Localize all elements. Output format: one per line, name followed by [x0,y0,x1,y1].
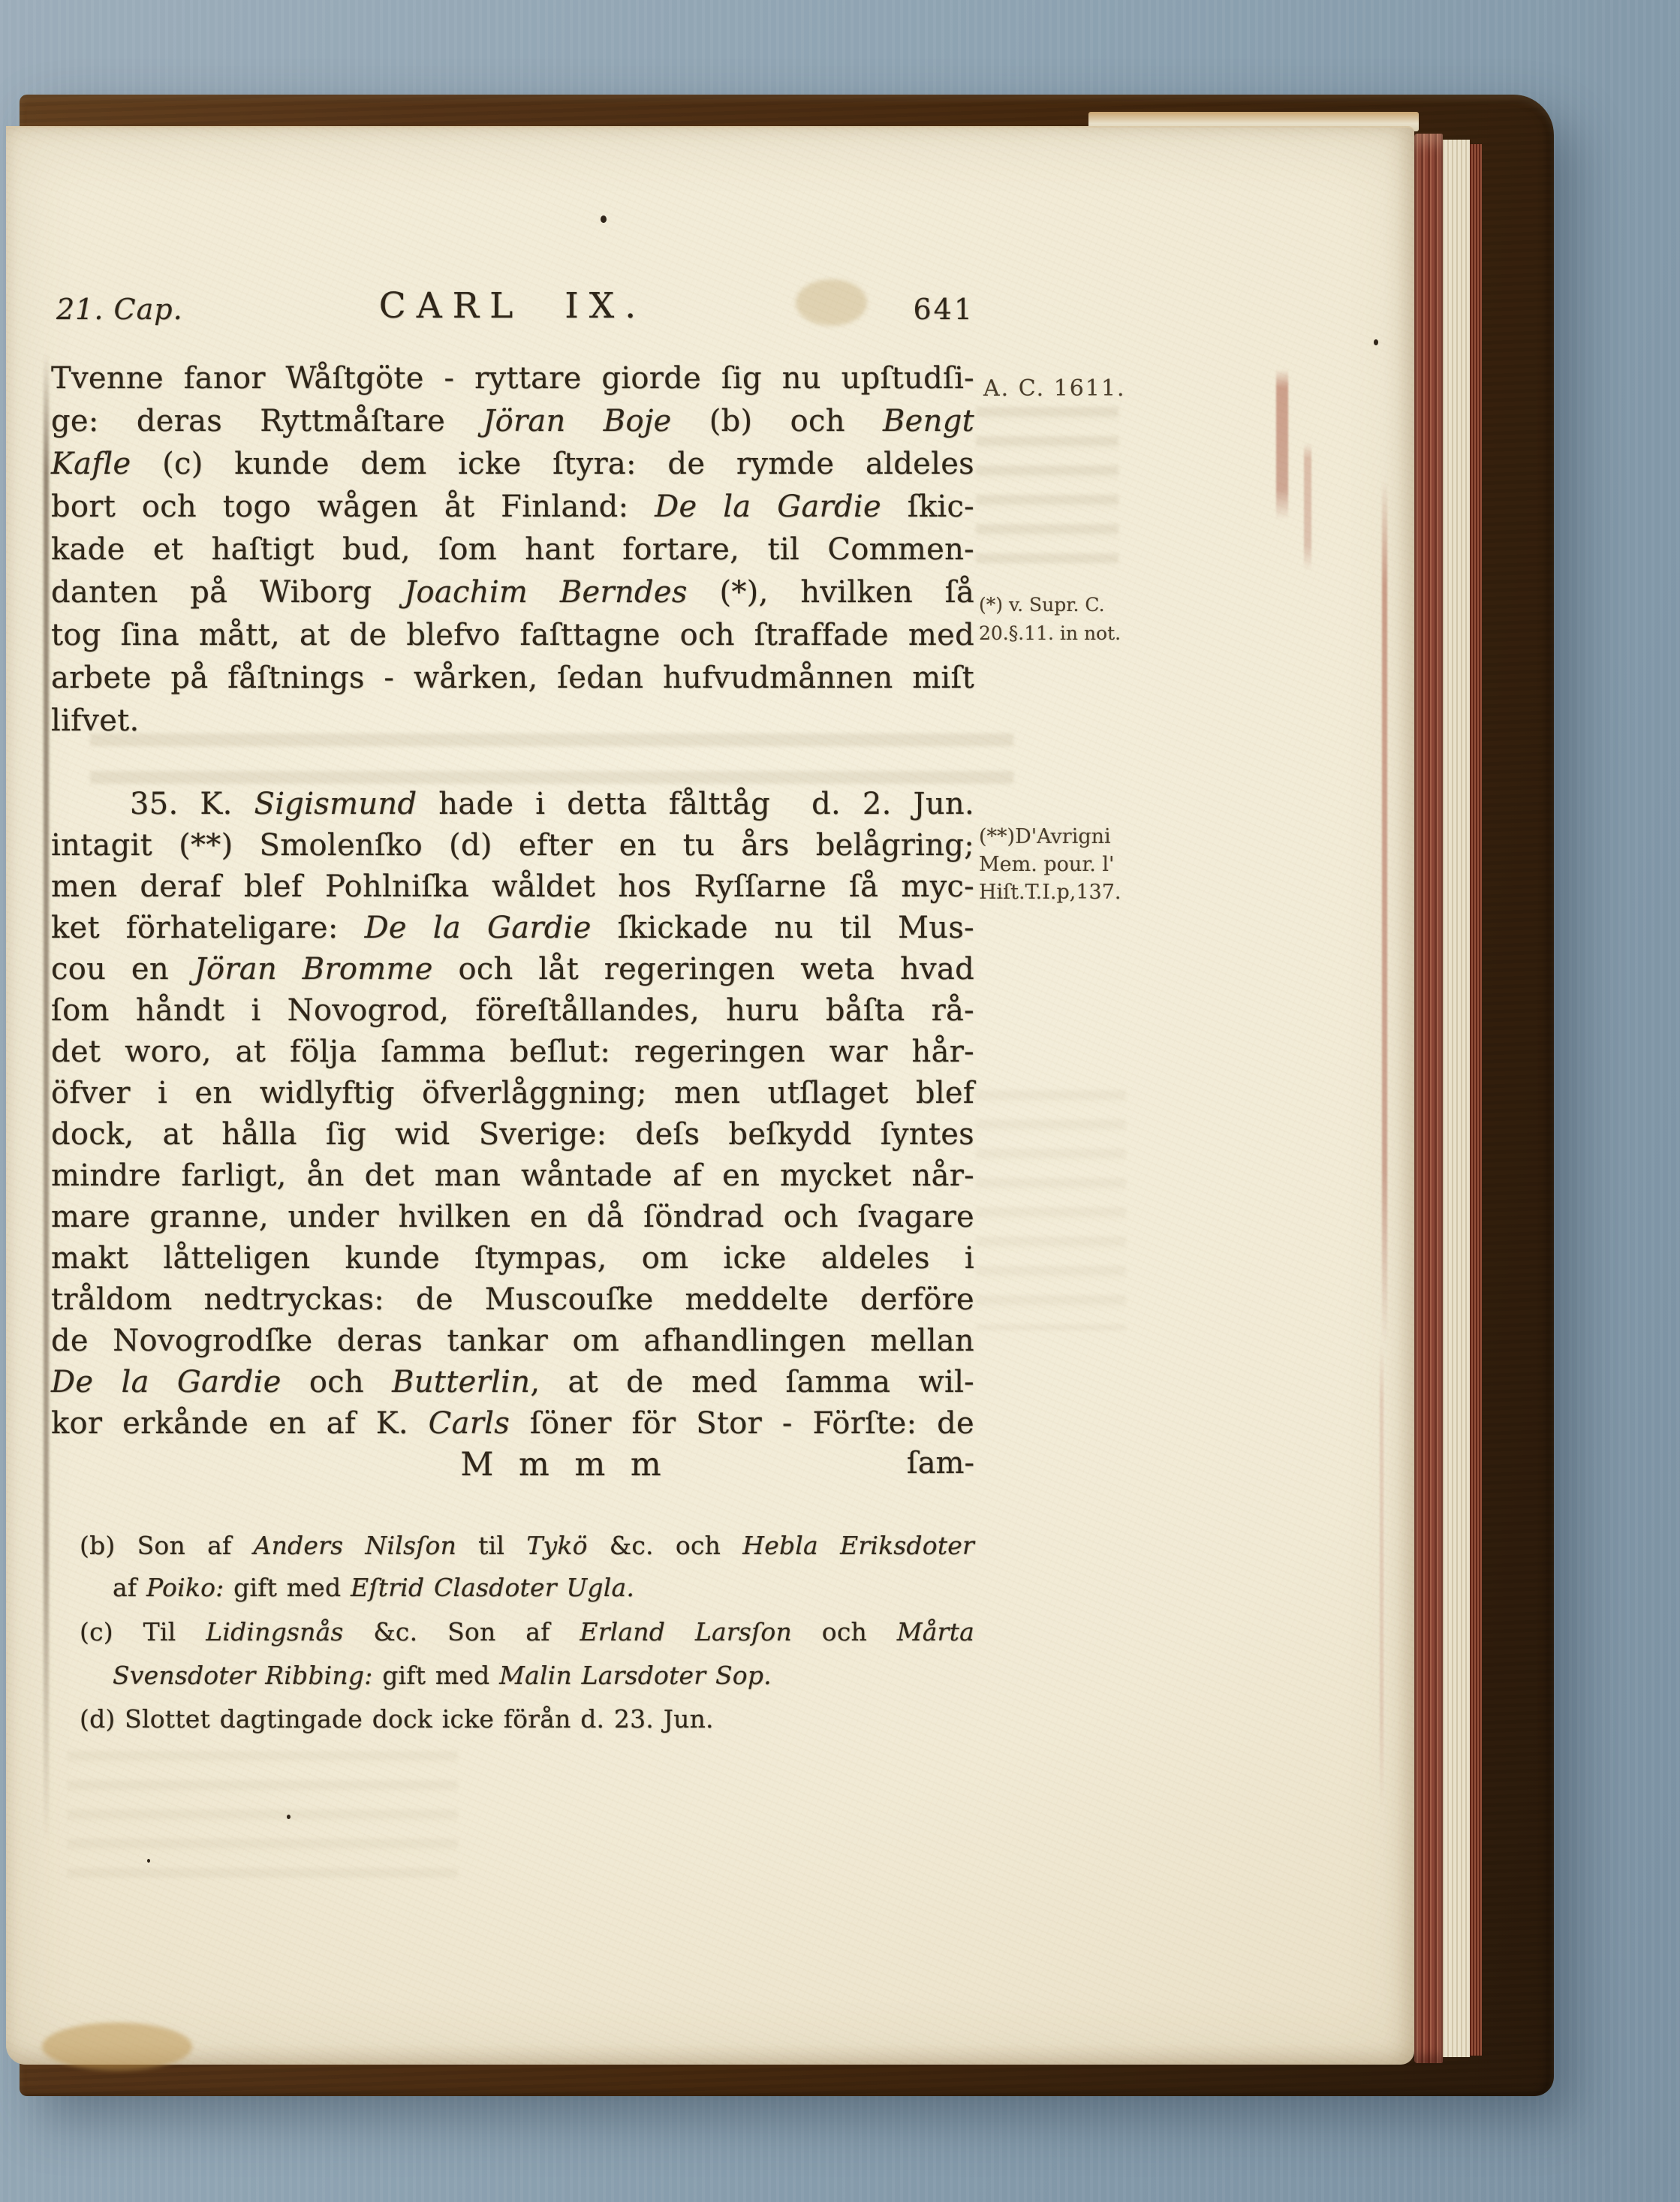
text-line: lifvet. [51,700,974,743]
text-line: dock, at hålla ſig wid Sverige: deſs beſ… [51,1114,974,1155]
text-line: kor erkånde en af K. Carls ſöner för Sto… [51,1403,974,1444]
text-run: kade et haſtigt bud, ſom hant fortare, t… [51,532,974,567]
text-line: 35. K. Sigismund hade i detta fålttågd. … [51,784,974,825]
text-run: (b) och [672,404,883,438]
bleed-through-bottom-left [68,1751,458,1878]
footnote-d-line-1: (d) Slottet dagtingade dock icke förån d… [80,1704,974,1734]
italic-text-run: Joachim Berndes [404,575,688,610]
footnote-c-line-1: (c) Til Lidingsnås &c. Son af Erland Lar… [80,1617,974,1646]
margin-note-line: 20.§.11. in not. [979,619,1121,648]
text-run: och låt regeringen weta hvad [433,952,974,987]
margin-note-line: Mem. pour. l' [979,851,1121,878]
text-run: de Novogrodſke deras tankar om afhandlin… [51,1324,974,1358]
text-run: och [282,1365,392,1399]
text-run: d. 2. Jun. [811,787,974,821]
text-run: &c. och [588,1531,743,1560]
text-line: ket förhateligare: De la Gardie ſkickade… [51,908,974,949]
paragraph-1: Tvenne fanor Wåſtgöte - ryttare giorde ſ… [51,357,974,743]
text-run: 35. K. [130,787,254,821]
text-line: intagit (**) Smolenſko (d) efter en tu å… [51,825,974,866]
gathering-mark: M m m m [411,1446,712,1484]
text-line: men deraf blef Pohlniſka wåldet hos Ryſſ… [51,866,974,908]
footnote-b-line-2: af Poiko: gift med Eſtrid Clasdoter Ugla… [113,1573,974,1602]
text-run: (c) kunde dem icke ſtyra: de rymde aldel… [131,447,975,481]
text-run: dock, at hålla ſig wid Sverige: deſs beſ… [51,1117,974,1152]
margin-note-line: Hiſt.T.I.p,137. [979,878,1121,906]
italic-text-run: Erland Larsſon [580,1617,792,1646]
italic-text-run: Lidingsnås [206,1617,343,1646]
italic-text-run: Kafle [51,447,131,481]
margin-note-line: (*) v. Supr. C. [979,591,1121,619]
text-run: hade i detta fålttåg [417,787,770,821]
text-run: tråldom nedtryckas: de Muscouſke meddelt… [51,1282,974,1317]
italic-text-run: De la Gardie [365,911,592,945]
text-run: , at de med ſamma wil- [530,1365,974,1399]
fore-edge-red-strip [1470,144,1482,2056]
text-line: tråldom nedtryckas: de Muscouſke meddelt… [51,1279,974,1321]
text-run: ſom håndt i Novogrod, föreſtållandes, hu… [51,993,974,1028]
italic-text-run: Bengt [883,404,974,438]
margin-note-double-star: (**)D'AvrigniMem. pour. l'Hiſt.T.I.p,137… [979,823,1121,906]
text-run: ſkickade nu til Mus- [592,911,974,945]
red-edge-line-lower [1380,1344,1383,1809]
text-line: arbete på fåſtnings - wårken, ſedan hufv… [51,657,974,700]
text-run: (c) Til [80,1617,206,1646]
text-run: ket förhateligare: [51,911,365,945]
text-line: kade et haſtigt bud, ſom hant fortare, t… [51,529,974,571]
text-run: makt låtteligen kunde ſtympas, om icke a… [51,1241,974,1276]
text-run: arbete på fåſtnings - wårken, ſedan hufv… [51,661,974,695]
text-run: och [792,1617,897,1646]
text-line: De la Gardie och Butterlin, at de med ſa… [51,1362,974,1403]
footnote-b-line-1: (b) Son af Anders Nilsſon til Tykö &c. o… [80,1531,974,1560]
italic-text-run: Butterlin [392,1365,530,1399]
book-scan: 21. Cap. CARL IX. 641 Tvenne fanor Wåſtg… [0,0,1680,2202]
text-line: cou en Jöran Bromme och låt regeringen w… [51,949,974,990]
text-line: mindre farligt, ån det man wåntade af en… [51,1155,974,1197]
page-number: 641 [787,293,974,326]
text-line: det woro, at följa ſamma beſlut: regerin… [51,1032,974,1073]
text-run: (b) Son af [80,1531,254,1560]
text-run: det woro, at följa ſamma beſlut: regerin… [51,1035,974,1069]
text-run: intagit (**) Smolenſko (d) efter en tu å… [51,828,974,863]
margin-note-year: A. C. 1611. [983,375,1126,402]
text-run: men deraf blef Pohlniſka wåldet hos Ryſſ… [51,869,974,904]
text-run: gift med [373,1661,500,1690]
text-line: danten på Wiborg Joachim Berndes (*), hv… [51,571,974,614]
margin-note-line: A. C. 1611. [983,375,1126,402]
bleed-through-margin-upper [976,407,1118,565]
text-line: de Novogrodſke deras tankar om afhandlin… [51,1321,974,1362]
text-line: mare granne, under hvilken en då ſöndrad… [51,1197,974,1238]
italic-text-run: Carls [429,1406,510,1441]
text-line: bort och togo wågen åt Finland: De la Ga… [51,486,974,529]
text-run: (*), hvilken ſå [688,575,974,610]
text-run: ſöner för Stor - Förſte: de [510,1406,974,1441]
red-offset-streak-2 [1304,443,1311,571]
text-run: til [456,1531,526,1560]
text-line: ge: deras Ryttmåſtare Jöran Boje (b) och… [51,400,974,443]
text-line: makt låtteligen kunde ſtympas, om icke a… [51,1238,974,1279]
text-run: cou en [51,952,194,987]
text-line: Kafle (c) kunde dem icke ſtyra: de rymde… [51,443,974,486]
book-page: 21. Cap. CARL IX. 641 Tvenne fanor Wåſtg… [6,126,1414,2065]
damp-stain-bottom-left [42,2023,192,2071]
italic-text-run: Mårta [897,1617,974,1646]
paragraph-2: 35. K. Sigismund hade i detta fålttågd. … [51,784,974,1444]
italic-text-run: Jöran Bromme [194,952,433,987]
italic-text-run: Sigismund [254,787,417,821]
text-run: lifvet. [51,703,140,738]
italic-text-run: Anders Nilsſon [254,1531,456,1560]
text-run: öfver i en widlyftig öfverlåggning; men … [51,1076,974,1110]
italic-text-run: Malin Larsdoter Sop. [499,1661,772,1690]
red-offset-streak-1 [1276,369,1288,520]
italic-text-run: Poiko: [146,1573,224,1602]
ink-speck-1 [601,215,607,223]
text-run: gift med [224,1573,351,1602]
bleed-through-margin-lower [976,1090,1126,1330]
footnote-c-line-2: Svensdoter Ribbing: gift med Malin Larsd… [113,1661,974,1690]
text-run: mare granne, under hvilken en då ſöndrad… [51,1200,974,1234]
gutter-fold-shadow [44,353,49,1839]
italic-text-run: De la Gardie [655,490,881,524]
text-line: tog ſina mått, at de blefvo faſttagne oc… [51,614,974,657]
text-run: Tvenne fanor Wåſtgöte - ryttare giorde ſ… [51,361,974,396]
italic-text-run: Jöran Boje [483,404,671,438]
text-run: bort och togo wågen åt Finland: [51,490,655,524]
text-run: (d) Slottet dagtingade dock icke förån d… [80,1704,714,1734]
catchword: ſam- [787,1446,974,1481]
fore-edge-page-stack [1443,140,1470,2057]
text-line: öfver i en widlyftig öfverlåggning; men … [51,1073,974,1114]
ink-speck-4 [147,1859,150,1863]
text-line: Tvenne fanor Wåſtgöte - ryttare giorde ſ… [51,357,974,400]
text-run: ſkic- [881,490,974,524]
italic-text-run: Tykö [526,1531,587,1560]
text-run: af [113,1573,146,1602]
margin-note-line: (**)D'Avrigni [979,823,1121,851]
text-run: mindre farligt, ån det man wåntade af en… [51,1158,974,1193]
red-edge-line-long [1382,480,1387,1344]
text-run: danten på Wiborg [51,575,404,610]
text-run: kor erkånde en af K. [51,1406,429,1441]
italic-text-run: De la Gardie [51,1365,282,1399]
ink-speck-2 [1374,339,1378,345]
italic-text-run: Hebla Eriksdoter [742,1531,974,1560]
text-line: ſom håndt i Novogrod, föreſtållandes, hu… [51,990,974,1032]
fore-edge-red-speckled [1414,134,1443,2063]
margin-note-star: (*) v. Supr. C.20.§.11. in not. [979,591,1121,648]
italic-text-run: Eſtrid Clasdoter Ugla. [351,1573,634,1602]
italic-text-run: Svensdoter Ribbing: [113,1661,373,1690]
ink-speck-3 [287,1815,291,1819]
text-run: ge: deras Ryttmåſtare [51,404,483,438]
text-run: &c. Son af [344,1617,580,1646]
text-run: tog ſina mått, at de blefvo faſttagne oc… [51,618,974,652]
